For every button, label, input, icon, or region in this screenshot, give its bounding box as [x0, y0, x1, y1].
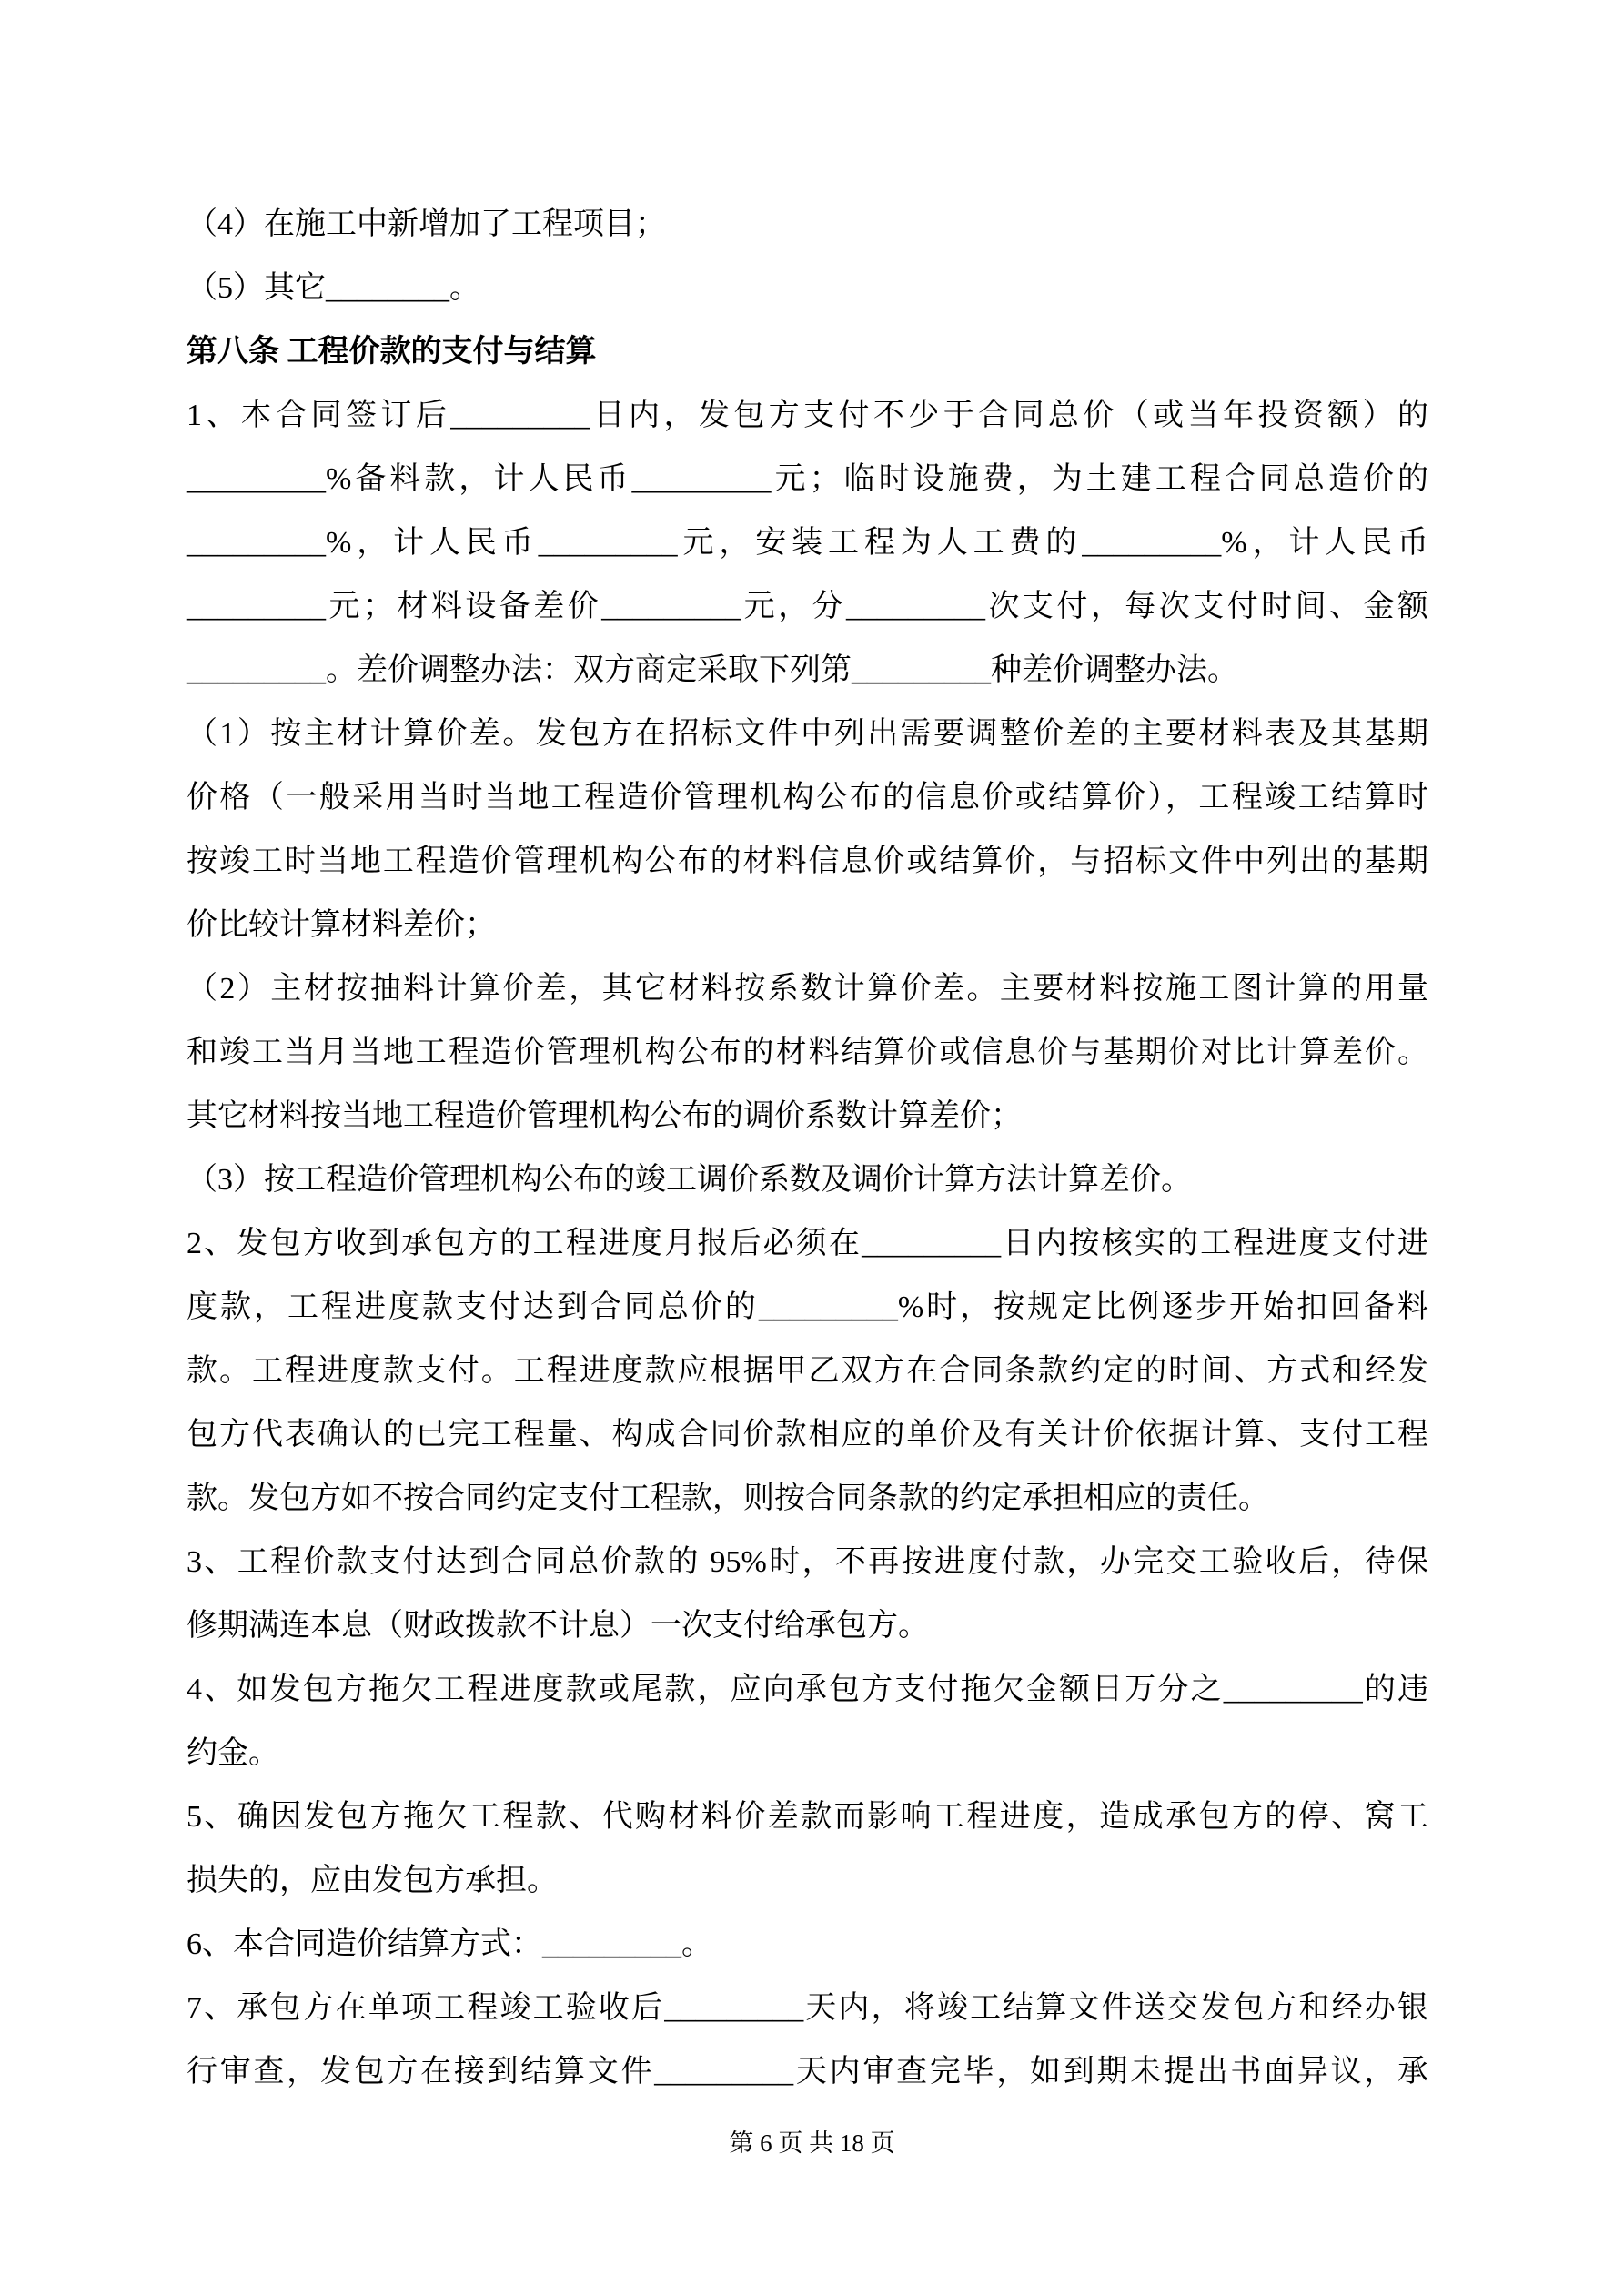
- document-line: 损失的，应由发包方承担。: [187, 1849, 1428, 1913]
- page-footer: 第 6 页 共 18 页: [0, 2111, 1624, 2175]
- document-line: 行审查，发包方在接到结算文件_________天内审查完毕，如到期未提出书面异议…: [187, 2040, 1428, 2104]
- document-line: 约金。: [187, 1722, 1428, 1785]
- document-line: 6、本合同造价结算方式：_________。: [187, 1913, 1428, 1977]
- document-line: 5、确因发包方拖欠工程款、代购材料价差款而影响工程进度，造成承包方的停、窝工: [187, 1785, 1428, 1849]
- document-line: 价比较计算材料差价；: [187, 894, 1428, 957]
- document-line: 包方代表确认的已完工程量、构成合同价款相应的单价及有关计价依据计算、支付工程: [187, 1403, 1428, 1467]
- document-body: （4）在施工中新增加了工程项目；（5）其它________。第八条 工程价款的支…: [187, 193, 1428, 2104]
- document-line: 和竣工当月当地工程造价管理机构公布的材料结算价或信息价与基期价对比计算差价。: [187, 1021, 1428, 1085]
- document-line: 款。工程进度款支付。工程进度款应根据甲乙双方在合同条款约定的时间、方式和经发: [187, 1340, 1428, 1403]
- document-line: 修期满连本息（财政拨款不计息）一次支付给承包方。: [187, 1594, 1428, 1658]
- document-line: _________元；材料设备差价_________元，分_________次支…: [187, 575, 1428, 639]
- document-line: 其它材料按当地工程造价管理机构公布的调价系数计算差价；: [187, 1085, 1428, 1148]
- document-line: （2）主材按抽料计算价差，其它材料按系数计算价差。主要材料按施工图计算的用量: [187, 957, 1428, 1021]
- document-line: _________%，计人民币_________元，安装工程为人工费的_____…: [187, 511, 1428, 575]
- document-line: 4、如发包方拖欠工程进度款或尾款，应向承包方支付拖欠金额日万分之________…: [187, 1658, 1428, 1722]
- document-line: 2、发包方收到承包方的工程进度月报后必须在_________日内按核实的工程进度…: [187, 1212, 1428, 1276]
- section-heading: 第八条 工程价款的支付与结算: [187, 320, 1428, 384]
- document-line: （1）按主材计算价差。发包方在招标文件中列出需要调整价差的主要材料表及其基期: [187, 703, 1428, 766]
- document-line: 价格（一般采用当时当地工程造价管理机构公布的信息价或结算价），工程竣工结算时: [187, 766, 1428, 830]
- document-line: 度款，工程进度款支付达到合同总价的_________%时，按规定比例逐步开始扣回…: [187, 1276, 1428, 1340]
- document-line: （5）其它________。: [187, 257, 1428, 320]
- page-number-text: 第 6 页 共 18 页: [729, 2129, 894, 2157]
- document-line: 款。发包方如不按合同约定支付工程款，则按合同条款的约定承担相应的责任。: [187, 1467, 1428, 1531]
- document-line: _________%备料款，计人民币_________元；临时设施费，为土建工程…: [187, 448, 1428, 511]
- document-line: 1、本合同签订后_________日内，发包方支付不少于合同总价（或当年投资额）…: [187, 384, 1428, 448]
- document-line: （4）在施工中新增加了工程项目；: [187, 193, 1428, 257]
- document-line: 3、工程价款支付达到合同总价款的 95%时，不再按进度付款，办完交工验收后，待保: [187, 1531, 1428, 1594]
- document-line: _________。差价调整办法：双方商定采取下列第_________种差价调整…: [187, 639, 1428, 703]
- document-line: 7、承包方在单项工程竣工验收后_________天内，将竣工结算文件送交发包方和…: [187, 1977, 1428, 2040]
- contract-document-page: （4）在施工中新增加了工程项目；（5）其它________。第八条 工程价款的支…: [0, 0, 1624, 2296]
- document-line: （3）按工程造价管理机构公布的竣工调价系数及调价计算方法计算差价。: [187, 1148, 1428, 1212]
- document-line: 按竣工时当地工程造价管理机构公布的材料信息价或结算价，与招标文件中列出的基期: [187, 830, 1428, 894]
